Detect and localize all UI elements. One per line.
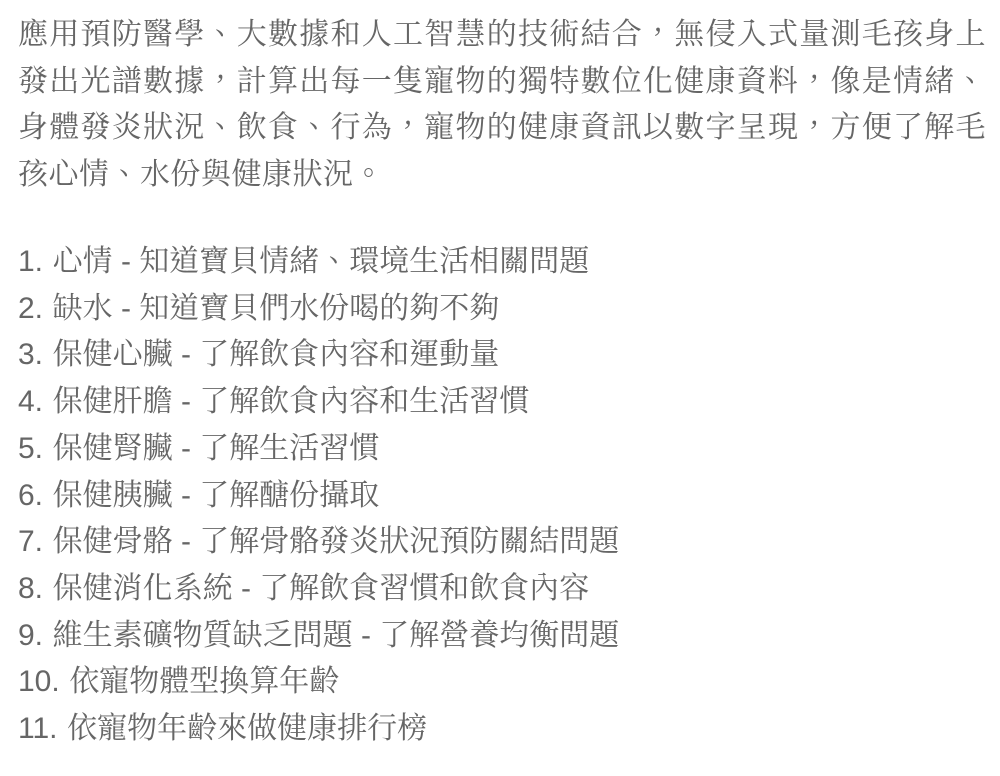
- list-item: 8.保健消化系統 - 了解飲食習慣和飲食內容: [18, 566, 986, 613]
- list-item-text: 保健心臟 - 了解飲食內容和運動量: [53, 338, 500, 371]
- list-item-text: 保健消化系統 - 了解飲食習慣和飲食內容: [53, 572, 590, 605]
- list-item-text: 保健骨骼 - 了解骨骼發炎狀況預防關結問題: [53, 525, 620, 558]
- list-item: 5.保健腎臟 - 了解生活習慣: [18, 426, 986, 473]
- list-item: 2.缺水 - 知道寶貝們水份喝的夠不夠: [18, 286, 986, 333]
- list-item-text: 心情 - 知道寶貝情緒、環境生活相關問題: [53, 245, 590, 278]
- list-item: 1.心情 - 知道寶貝情緒、環境生活相關問題: [18, 239, 986, 286]
- list-item-text: 依寵物年齡來做健康排行榜: [67, 712, 427, 745]
- list-item: 10.依寵物體型換算年齡: [18, 659, 986, 706]
- list-item-text: 缺水 - 知道寶貝們水份喝的夠不夠: [53, 292, 500, 325]
- list-item: 4.保健肝膽 - 了解飲食內容和生活習慣: [18, 379, 986, 426]
- list-item-number: 1.: [18, 245, 43, 278]
- article-content: 應用預防醫學、大數據和人工智慧的技術結合，無侵入式量測毛孩身上發出光譜數據，計算…: [0, 0, 1000, 753]
- list-item: 11.依寵物年齡來做健康排行榜: [18, 706, 986, 753]
- list-item: 9.維生素礦物質缺乏問題 - 了解營養均衡問題: [18, 613, 986, 660]
- feature-list: 1.心情 - 知道寶貝情緒、環境生活相關問題 2.缺水 - 知道寶貝們水份喝的夠…: [18, 239, 986, 753]
- list-item-number: 10.: [18, 665, 60, 698]
- list-item-text: 保健腎臟 - 了解生活習慣: [53, 432, 380, 465]
- list-item-text: 維生素礦物質缺乏問題 - 了解營養均衡問題: [53, 619, 620, 652]
- list-item: 3.保健心臟 - 了解飲食內容和運動量: [18, 332, 986, 379]
- list-item-number: 3.: [18, 338, 43, 371]
- list-item-number: 4.: [18, 385, 43, 418]
- list-item-text: 依寵物體型換算年齡: [69, 665, 339, 698]
- list-item-number: 6.: [18, 479, 43, 512]
- list-item-text: 保健肝膽 - 了解飲食內容和生活習慣: [53, 385, 530, 418]
- list-item: 7.保健骨骼 - 了解骨骼發炎狀況預防關結問題: [18, 519, 986, 566]
- list-item-number: 2.: [18, 292, 43, 325]
- intro-paragraph: 應用預防醫學、大數據和人工智慧的技術結合，無侵入式量測毛孩身上發出光譜數據，計算…: [18, 12, 986, 198]
- list-item-number: 7.: [18, 525, 43, 558]
- list-item-text: 保健胰臟 - 了解醣份攝取: [53, 479, 380, 512]
- list-item-number: 8.: [18, 572, 43, 605]
- list-item-number: 9.: [18, 619, 43, 652]
- list-item: 6.保健胰臟 - 了解醣份攝取: [18, 473, 986, 520]
- list-item-number: 11.: [18, 712, 57, 745]
- list-item-number: 5.: [18, 432, 43, 465]
